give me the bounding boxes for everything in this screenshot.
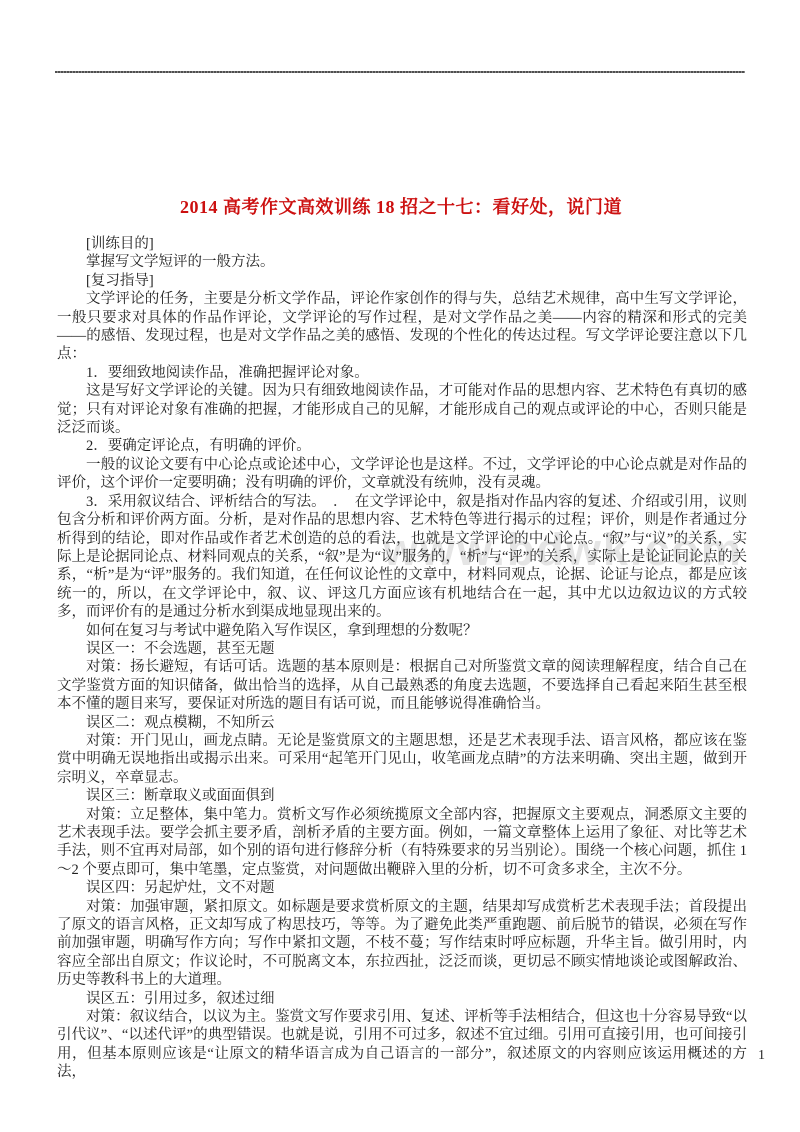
paragraph: 误区二：观点模糊，不知所云: [57, 714, 747, 732]
page-title: 2014 高考作文高效训练 18 招之十七：看好处，说门道: [57, 193, 745, 219]
paragraph: [复习指导]: [57, 272, 747, 290]
paragraph: 1．要细致地阅读作品，准确把握评论对象。: [57, 364, 747, 382]
paragraph: 误区三：断章取义或面面俱到: [57, 787, 747, 805]
paragraph: 这是写好文学评论的关键。因为只有细致地阅读作品，才可能对作品的思想内容、艺术特色…: [57, 382, 747, 437]
paragraph: 一般的议论文要有中心论点或论述中心，文学评论也是这样。不过，文学评论的中心论点就…: [57, 456, 747, 493]
paragraph: 误区一：不会选题，甚至无题: [57, 640, 747, 658]
paragraph: 文学评论的任务，主要是分析文学作品，评论作家创作的得与失，总结艺术规律，高中生写…: [57, 290, 747, 364]
paragraph: 对策：开门见山，画龙点睛。无论是鉴赏原文的主题思想，还是艺术表现手法、语言风格，…: [57, 732, 747, 787]
paragraph: 3．采用叙议结合、评析结合的写法。 ． 在文学评论中，叙是指对作品内容的复述、介…: [57, 493, 747, 622]
paragraph: 2．要确定评论点，有明确的评价。: [57, 437, 747, 455]
paragraph: 掌握写文学短评的一般方法。: [57, 253, 747, 271]
paragraph: 对策：立足整体，集中笔力。赏析文写作必须统揽原文全部内容，把握原文主要观点，洞悉…: [57, 806, 747, 880]
header-divider: [55, 71, 745, 73]
document-page: 2014 高考作文高效训练 18 招之十七：看好处，说门道 [训练目的]掌握写文…: [0, 0, 800, 1132]
paragraph: [训练目的]: [57, 235, 747, 253]
paragraph: 误区五：引用过多，叙述过细: [57, 990, 747, 1008]
paragraph: 如何在复习与考试中避免陷入写作误区，拿到理想的分数呢？: [57, 622, 747, 640]
paragraph: 对策：扬长避短，有话可话。选题的基本原则是：根据自己对所鉴赏文章的阅读理解程度，…: [57, 658, 747, 713]
document-body: [训练目的]掌握写文学短评的一般方法。[复习指导]文学评论的任务，主要是分析文学…: [57, 235, 747, 1082]
paragraph: 对策：叙议结合，以议为主。鉴赏文写作要求引用、复述、评析等手法相结合，但这也十分…: [57, 1008, 747, 1082]
paragraph: 对策：加强审题，紧扣原文。如标题是要求赏析原文的主题，结果却写成赏析艺术表现手法…: [57, 898, 747, 990]
paragraph: 误区四：另起炉灶，文不对题: [57, 879, 747, 897]
page-number: 1: [758, 1048, 765, 1064]
